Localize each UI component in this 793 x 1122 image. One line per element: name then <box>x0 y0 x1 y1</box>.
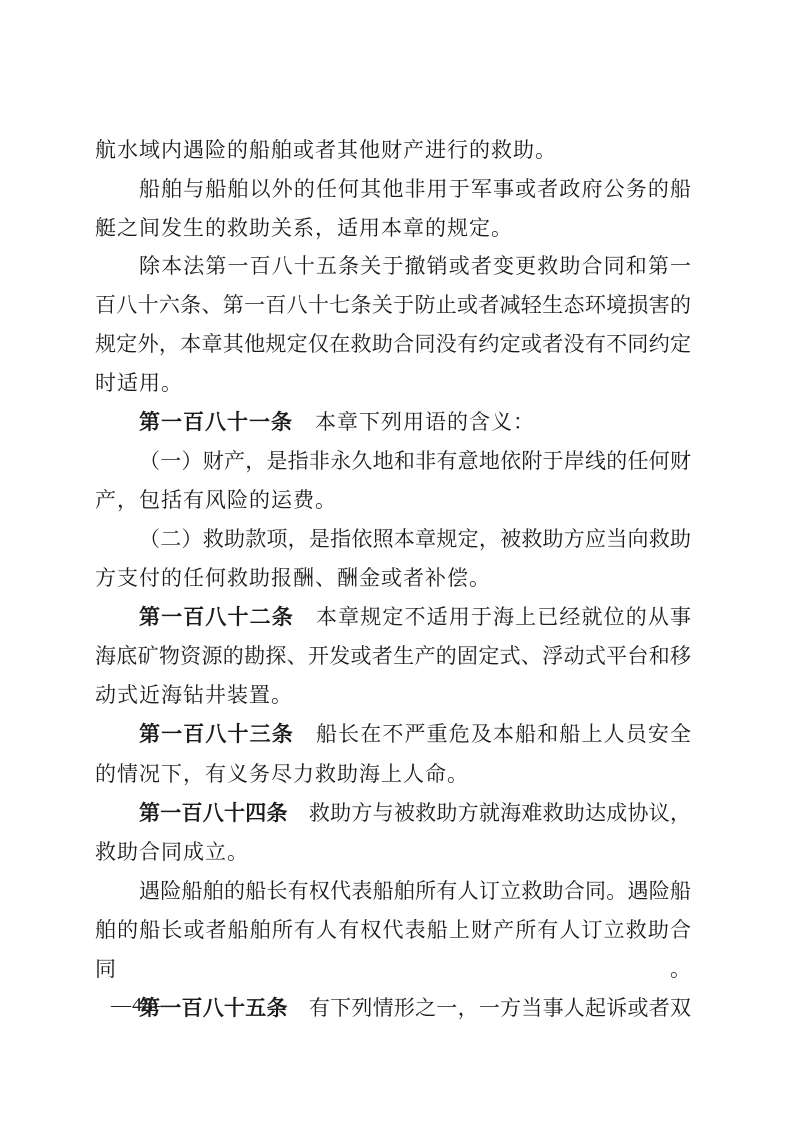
line-text: 舶的船长或者船舶所有人有权代表船上财产所有人订立救助合同。 <box>95 918 691 981</box>
article-number: 第一百八十二条 <box>139 606 294 629</box>
line-text: 有下列情形之一，一方当事人起诉或者双 <box>288 996 691 1020</box>
line-text: 船长在不严重危及本船和船上人员安全 <box>294 722 691 746</box>
line-text: 时适用。 <box>95 371 183 395</box>
line-text: （一）财产，是指非永久地和非有意地依附于岸线的任何财 <box>139 449 691 473</box>
article-number: 第一百八十四条 <box>139 802 288 825</box>
text-line: 动式近海钻井装置。 <box>95 676 691 715</box>
line-text: 动式近海钻井装置。 <box>95 683 293 707</box>
text-line: 艇之间发生的救助关系，适用本章的规定。 <box>95 209 691 248</box>
line-text: 艇之间发生的救助关系，适用本章的规定。 <box>95 216 513 240</box>
page-number: —48— <box>111 994 175 1017</box>
text-line: 产，包括有风险的运费。 <box>95 481 691 520</box>
text-line: 船舶与船舶以外的任何其他非用于军事或者政府公务的船 <box>95 170 691 209</box>
line-text: 救助方与被救助方就海难救助达成协议， <box>288 801 691 825</box>
text-line: 第一百八十二条 本章规定不适用于海上已经就位的从事 <box>95 598 691 638</box>
text-line: 航水域内遇险的船舶或者其他财产进行的救助。 <box>95 131 691 170</box>
text-line: 遇险船舶的船长有权代表船舶所有人订立救助合同。遇险船 <box>95 872 691 911</box>
text-line: 第一百八十三条 船长在不严重危及本船和船上人员安全 <box>95 715 691 755</box>
line-text: 航水域内遇险的船舶或者其他财产进行的救助。 <box>95 138 557 162</box>
text-line: （二）救助款项，是指依照本章规定，被救助方应当向救助 <box>95 520 691 559</box>
line-text: （二）救助款项，是指依照本章规定，被救助方应当向救助 <box>139 527 691 551</box>
text-line: 第一百八十一条 本章下列用语的含义： <box>95 403 691 443</box>
line-text: 规定外，本章其他规定仅在救助合同没有约定或者没有不同约定 <box>95 332 691 356</box>
text-line: 第一百八十四条 救助方与被救助方就海难救助达成协议， <box>95 794 691 834</box>
text-line: 规定外，本章其他规定仅在救助合同没有约定或者没有不同约定 <box>95 325 691 364</box>
text-line: 方支付的任何救助报酬、酬金或者补偿。 <box>95 559 691 598</box>
text-line: 救助合同成立。 <box>95 833 691 872</box>
line-text: 的情况下，有义务尽力救助海上人命。 <box>95 762 469 786</box>
line-text: 本章规定不适用于海上已经就位的从事 <box>294 605 691 629</box>
text-line: 舶的船长或者船舶所有人有权代表船上财产所有人订立救助合同。 <box>95 911 691 989</box>
line-text: 遇险船舶的船长有权代表船舶所有人订立救助合同。遇险船 <box>139 879 691 903</box>
body-text: 航水域内遇险的船舶或者其他财产进行的救助。 船舶与船舶以外的任何其他非用于军事或… <box>95 131 691 1028</box>
line-text: 海底矿物资源的勘探、开发或者生产的固定式、浮动式平台和移 <box>95 644 691 668</box>
line-text: 百八十六条、第一百八十七条关于防止或者减轻生态环境损害的 <box>95 293 691 317</box>
article-number: 第一百八十一条 <box>139 411 293 434</box>
line-text: 产，包括有风险的运费。 <box>95 488 337 512</box>
text-line: 时适用。 <box>95 364 691 403</box>
line-text: 本章下列用语的含义： <box>293 410 535 434</box>
text-line: 百八十六条、第一百八十七条关于防止或者减轻生态环境损害的 <box>95 286 691 325</box>
article-number: 第一百八十三条 <box>139 723 294 746</box>
text-line: （一）财产，是指非永久地和非有意地依附于岸线的任何财 <box>95 442 691 481</box>
text-line: 的情况下，有义务尽力救助海上人命。 <box>95 755 691 794</box>
text-line: 第一百八十五条 有下列情形之一，一方当事人起诉或者双 <box>95 989 691 1029</box>
document-page: 航水域内遇险的船舶或者其他财产进行的救助。 船舶与船舶以外的任何其他非用于军事或… <box>0 0 793 1122</box>
line-text: 方支付的任何救助报酬、酬金或者补偿。 <box>95 566 491 590</box>
line-text: 救助合同成立。 <box>95 840 249 864</box>
line-text: 船舶与船舶以外的任何其他非用于军事或者政府公务的船 <box>139 177 691 201</box>
line-text: 除本法第一百八十五条关于撤销或者变更救助合同和第一 <box>139 254 691 278</box>
text-line: 除本法第一百八十五条关于撤销或者变更救助合同和第一 <box>95 247 691 286</box>
text-line: 海底矿物资源的勘探、开发或者生产的固定式、浮动式平台和移 <box>95 637 691 676</box>
